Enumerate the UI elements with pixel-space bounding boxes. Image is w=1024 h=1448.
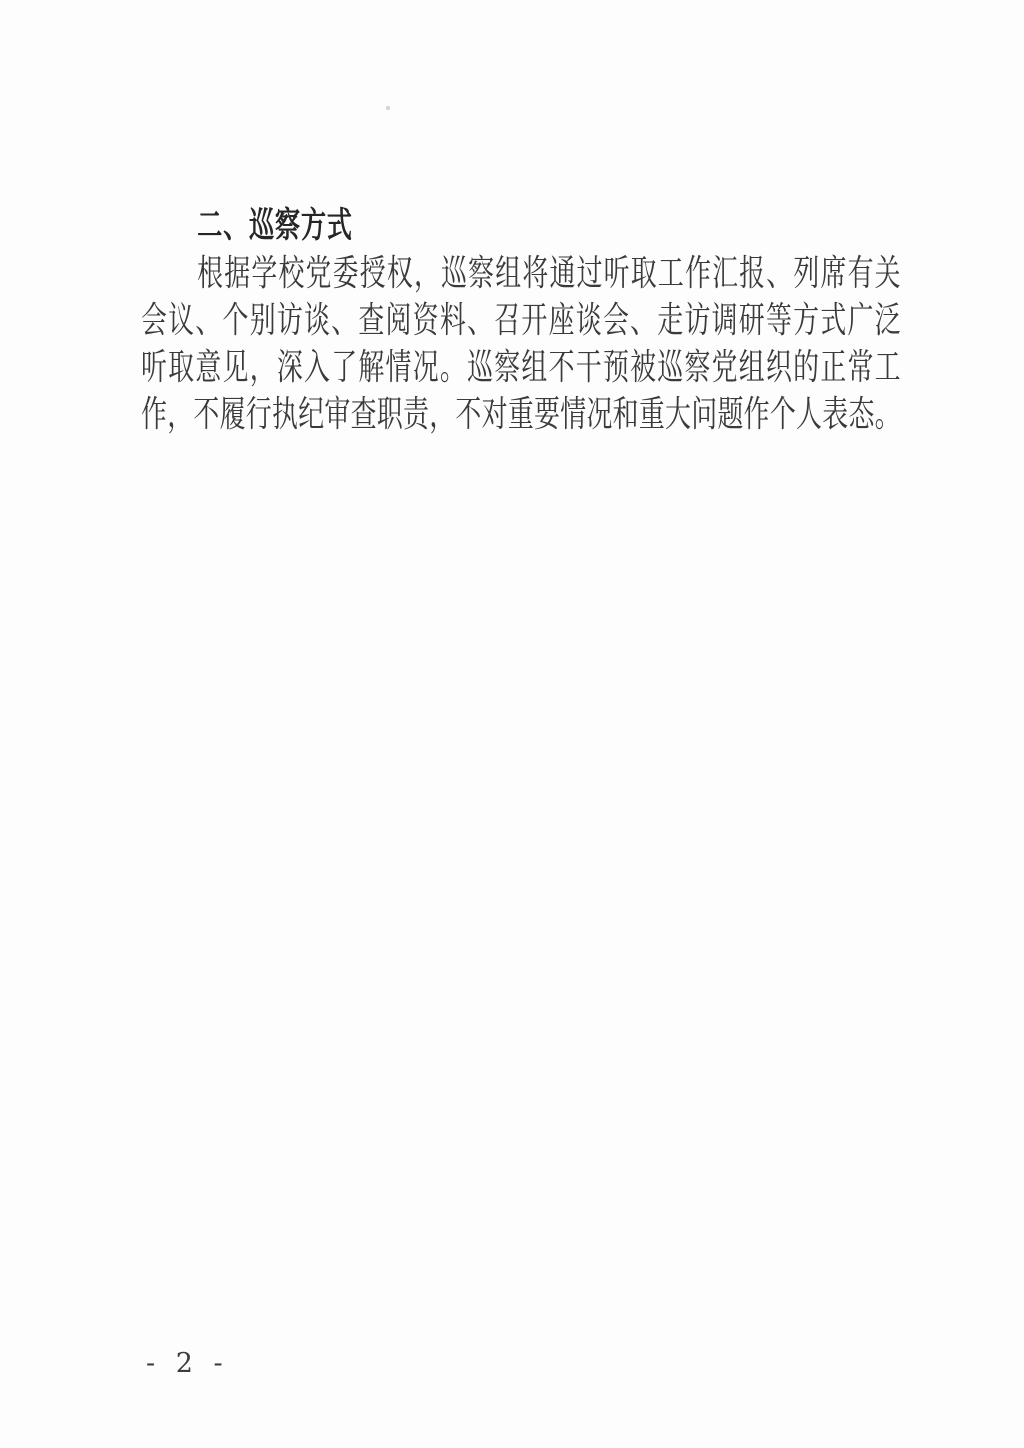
text-block: 二、巡察方式 根据学校党委授权，巡察组将通过听取工作汇报、列席有关 会议、个别访… bbox=[141, 202, 901, 438]
document-content: 二、巡察方式 根据学校党委授权，巡察组将通过听取工作汇报、列席有关 会议、个别访… bbox=[141, 202, 901, 438]
section-heading: 二、巡察方式 bbox=[141, 202, 901, 250]
paragraph-line-2: 会议、个别访谈、查阅资料、召开座谈会、走访调研等方式广泛 bbox=[141, 297, 901, 344]
scan-artifact-dot bbox=[386, 106, 390, 110]
paragraph-line-4: 作，不履行执纪审查职责，不对重要情况和重大问题作个人表态。 bbox=[141, 391, 901, 438]
page-number: - 2 - bbox=[146, 1346, 229, 1382]
paragraph-line-3: 听取意见，深入了解情况。巡察组不干预被巡察党组织的正常工 bbox=[141, 344, 901, 391]
paragraph-line-1: 根据学校党委授权，巡察组将通过听取工作汇报、列席有关 bbox=[141, 250, 901, 297]
scanned-document-page: 二、巡察方式 根据学校党委授权，巡察组将通过听取工作汇报、列席有关 会议、个别访… bbox=[0, 0, 1024, 1448]
